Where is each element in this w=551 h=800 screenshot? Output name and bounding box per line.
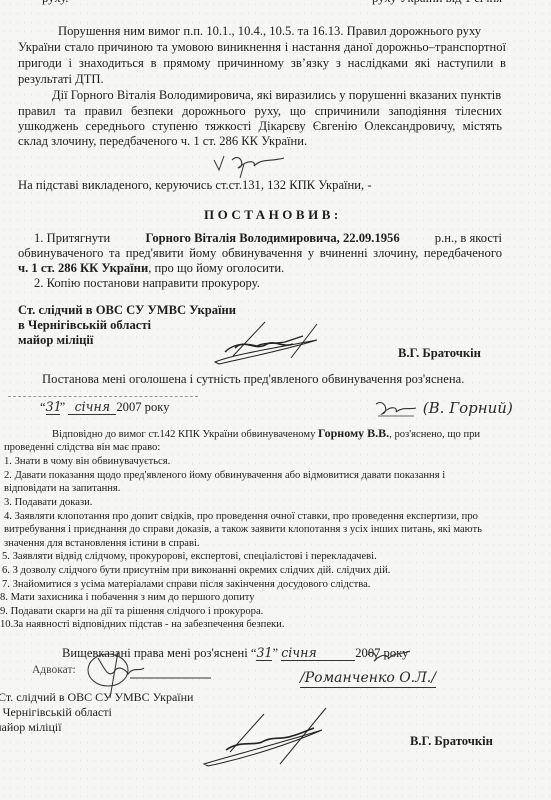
- decree-title: ПОСТАНОВИВ:: [204, 207, 342, 223]
- text-line: України стало причиною та умовою виникне…: [18, 40, 506, 54]
- date-day: 31: [256, 646, 272, 661]
- investigator-rank: майор міліції: [18, 333, 93, 347]
- text-fragment: , роз'яснено, що при: [389, 429, 480, 440]
- text-line: Порушення ним вимог п.п. 10.1., 10.4., 1…: [58, 24, 481, 38]
- investigator-title: Ст. слідчий в ОВС СУ УМВС України: [0, 690, 193, 704]
- rights-item: значення для встановлення істини в справ…: [4, 537, 200, 550]
- signature-accused: [374, 398, 418, 420]
- text-line: результаті ДТП.: [18, 72, 104, 86]
- text-line: Дії Горного Віталія Володимировича, які …: [52, 88, 501, 102]
- accused-signature: (В. Горний): [374, 398, 513, 420]
- signature-defender: [364, 645, 414, 667]
- investigator-name: В.Г. Браточкін: [410, 734, 493, 748]
- date-month: січня: [68, 400, 116, 415]
- rights-item: 1. Знати в чому він обвинувачується.: [4, 455, 170, 468]
- date-month: січня: [281, 646, 355, 661]
- top-cut-left: руху.: [42, 0, 68, 5]
- investigator-title: Ст. слідчий в ОВС СУ УМВС України: [18, 303, 236, 317]
- rights-item: 5. Заявляти відвід слідчому, прокуророві…: [2, 550, 377, 563]
- rights-item: 7. Знайомитися з усіма матеріалами справ…: [2, 578, 370, 591]
- investigator-rank: майор міліції: [0, 720, 62, 734]
- decree-item-2: 2. Копію постанови направити прокурору.: [34, 276, 260, 290]
- accused-name: Горного Віталія Володимировича, 22.09.19…: [145, 231, 399, 245]
- text-fragment: 1. Притягнути: [34, 231, 110, 245]
- divider: [8, 396, 198, 397]
- accused-signature-name: (В. Горний): [423, 399, 513, 417]
- signature-accused-small: [210, 148, 290, 180]
- rights-item: 3. Подавати докази.: [4, 496, 92, 509]
- rights-item: 10.За наявності відповідних підстав - на…: [0, 618, 285, 631]
- rights-item: 2. Давати показання щодо пред'явленого й…: [4, 469, 445, 482]
- article-reference: ч. 1 ст. 286 КК України: [18, 261, 148, 275]
- rights-item: відповідати на запитання.: [4, 482, 120, 495]
- text-line: обвинуваченого та пред'явити йому обвину…: [18, 246, 502, 260]
- rights-item: 6. З дозволу слідчого бути присутнім при…: [2, 564, 390, 577]
- date-day: 31: [46, 400, 60, 415]
- top-cut-right: руху України від 1 січня: [372, 0, 502, 5]
- rights-intro-line2: проведенні слідства він має право:: [4, 441, 160, 454]
- text-line: склад злочину, передбаченого ч. 1 ст. 28…: [18, 134, 307, 148]
- date-year: 2007 року: [116, 400, 169, 414]
- rights-intro: Відповідно до вимог ст.142 КПК України о…: [52, 427, 480, 441]
- rights-item: 4. Заявляти клопотання про допит свідків…: [4, 510, 478, 523]
- announcement-date: “31” січня2007 року: [40, 400, 170, 415]
- investigator-region: в Чернігівській області: [18, 318, 151, 332]
- announcement-text: Постанова мені оголошена і сутність пред…: [42, 372, 464, 386]
- rights-item: витребування і приєднання до справи дока…: [4, 523, 482, 536]
- scanned-document-page: руху. руху України від 1 січня Порушення…: [0, 0, 551, 800]
- basis-text: На підставі викладеного, керуючись ст.ст…: [18, 178, 372, 192]
- rights-item: 8. Мати захисника і побачення з ним до п…: [0, 591, 255, 604]
- investigator-region: в Чернігівській області: [0, 705, 112, 719]
- text-line: пригоди і знаходиться в прямому причинно…: [18, 56, 506, 70]
- text-line: ушкоджень середнього ступеню тяжкості Ді…: [18, 119, 502, 133]
- signature-investigator: [205, 318, 325, 368]
- text-fragment: Відповідно до вимог ст.142 КПК України о…: [52, 429, 318, 440]
- text-fragment: , про що йому оголосити.: [148, 261, 284, 275]
- text-line: правил та правил безпеки дорожнього руху…: [18, 104, 502, 118]
- investigator-name: В.Г. Браточкін: [398, 346, 481, 360]
- signature-investigator-2: [200, 706, 340, 772]
- text-fragment: р.н., в якості: [435, 231, 502, 245]
- advocate-label: Адвокат:: [32, 664, 76, 676]
- rights-item: 9. Подавати скарги на дії та рішення слі…: [0, 605, 263, 618]
- defender-name: /Романченко О.Л./: [300, 670, 436, 688]
- accused-short-name: Горному В.В.: [318, 426, 389, 440]
